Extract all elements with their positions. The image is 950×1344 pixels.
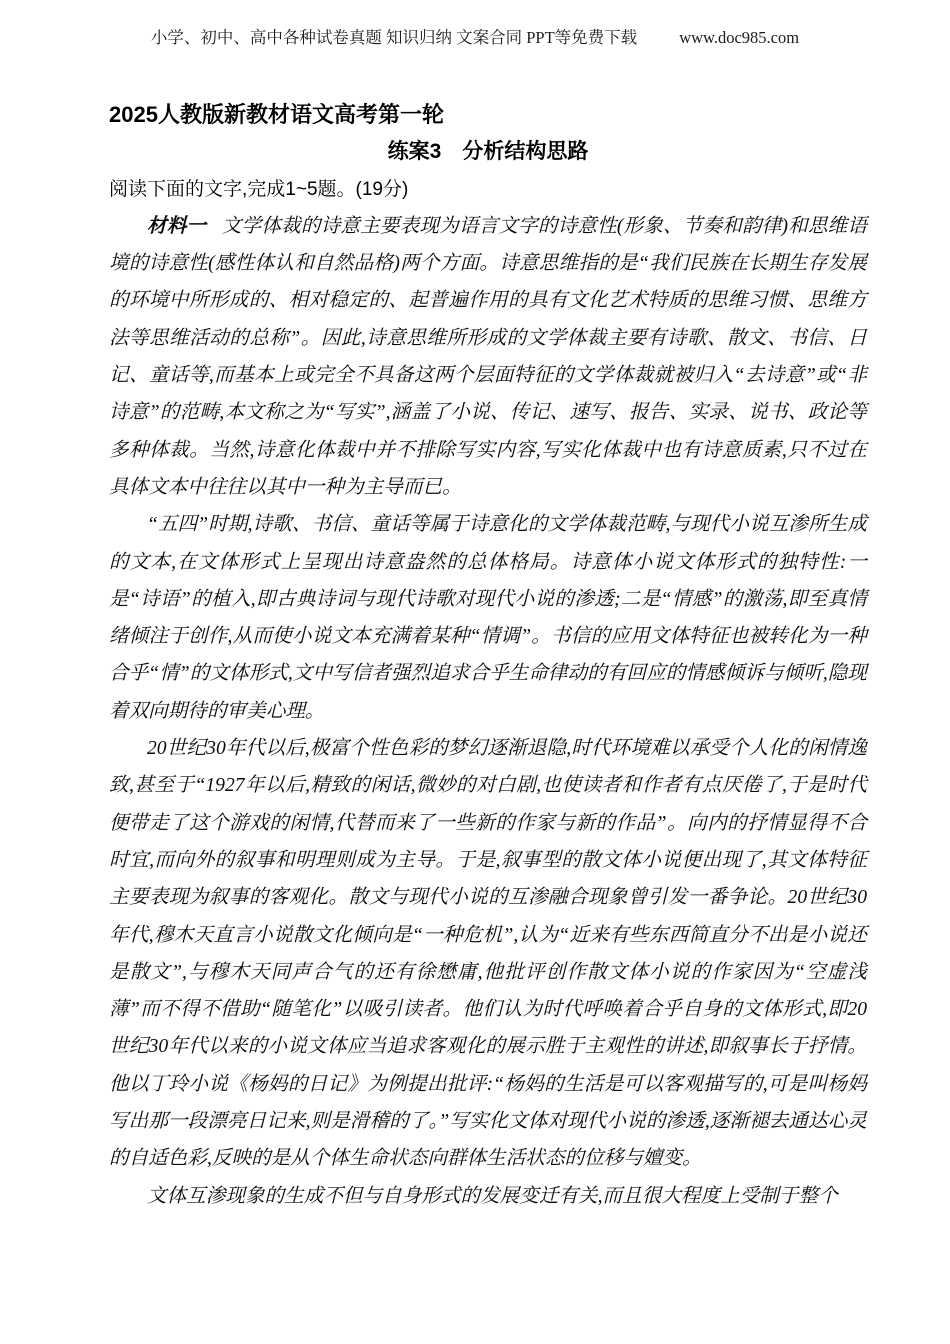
material-paragraph-4: 文体互渗现象的生成不但与自身形式的发展变迁有关,而且很大程度上受制于整个 bbox=[109, 1178, 867, 1215]
material-paragraph-3: 20世纪30年代以后,极富个性色彩的梦幻逐渐退隐,时代环境难以承受个人化的闲情逸… bbox=[109, 730, 867, 1178]
material-paragraph-1-text: 文学体裁的诗意主要表现为语言文字的诗意性(形象、节奏和韵律)和思维语境的诗意性(… bbox=[109, 216, 867, 498]
material-paragraph-1: 材料一文学体裁的诗意主要表现为语言文字的诗意性(形象、节奏和韵律)和思维语境的诗… bbox=[109, 208, 867, 506]
header-notice-text: 小学、初中、高中各种试卷真题 知识归纳 文案合同 PPT等免费下载 bbox=[151, 28, 637, 47]
material-paragraph-2: “五四”时期,诗歌、书信、童话等属于诗意化的文学体裁范畴,与现代小说互渗所生成的… bbox=[109, 506, 867, 730]
document-page: 小学、初中、高中各种试卷真题 知识归纳 文案合同 PPT等免费下载www.doc… bbox=[0, 0, 950, 1344]
header-site-url: www.doc985.com bbox=[679, 28, 799, 47]
reading-instruction: 阅读下面的文字,完成1~5题。(19分) bbox=[109, 171, 867, 208]
lesson-subtitle: 练案3 分析结构思路 bbox=[109, 133, 867, 170]
material-label: 材料一 bbox=[147, 216, 206, 237]
document-content: 2025人教版新教材语文高考第一轮 练案3 分析结构思路 阅读下面的文字,完成1… bbox=[109, 96, 867, 1215]
page-header: 小学、初中、高中各种试卷真题 知识归纳 文案合同 PPT等免费下载www.doc… bbox=[0, 27, 950, 49]
document-title: 2025人教版新教材语文高考第一轮 bbox=[109, 96, 867, 133]
